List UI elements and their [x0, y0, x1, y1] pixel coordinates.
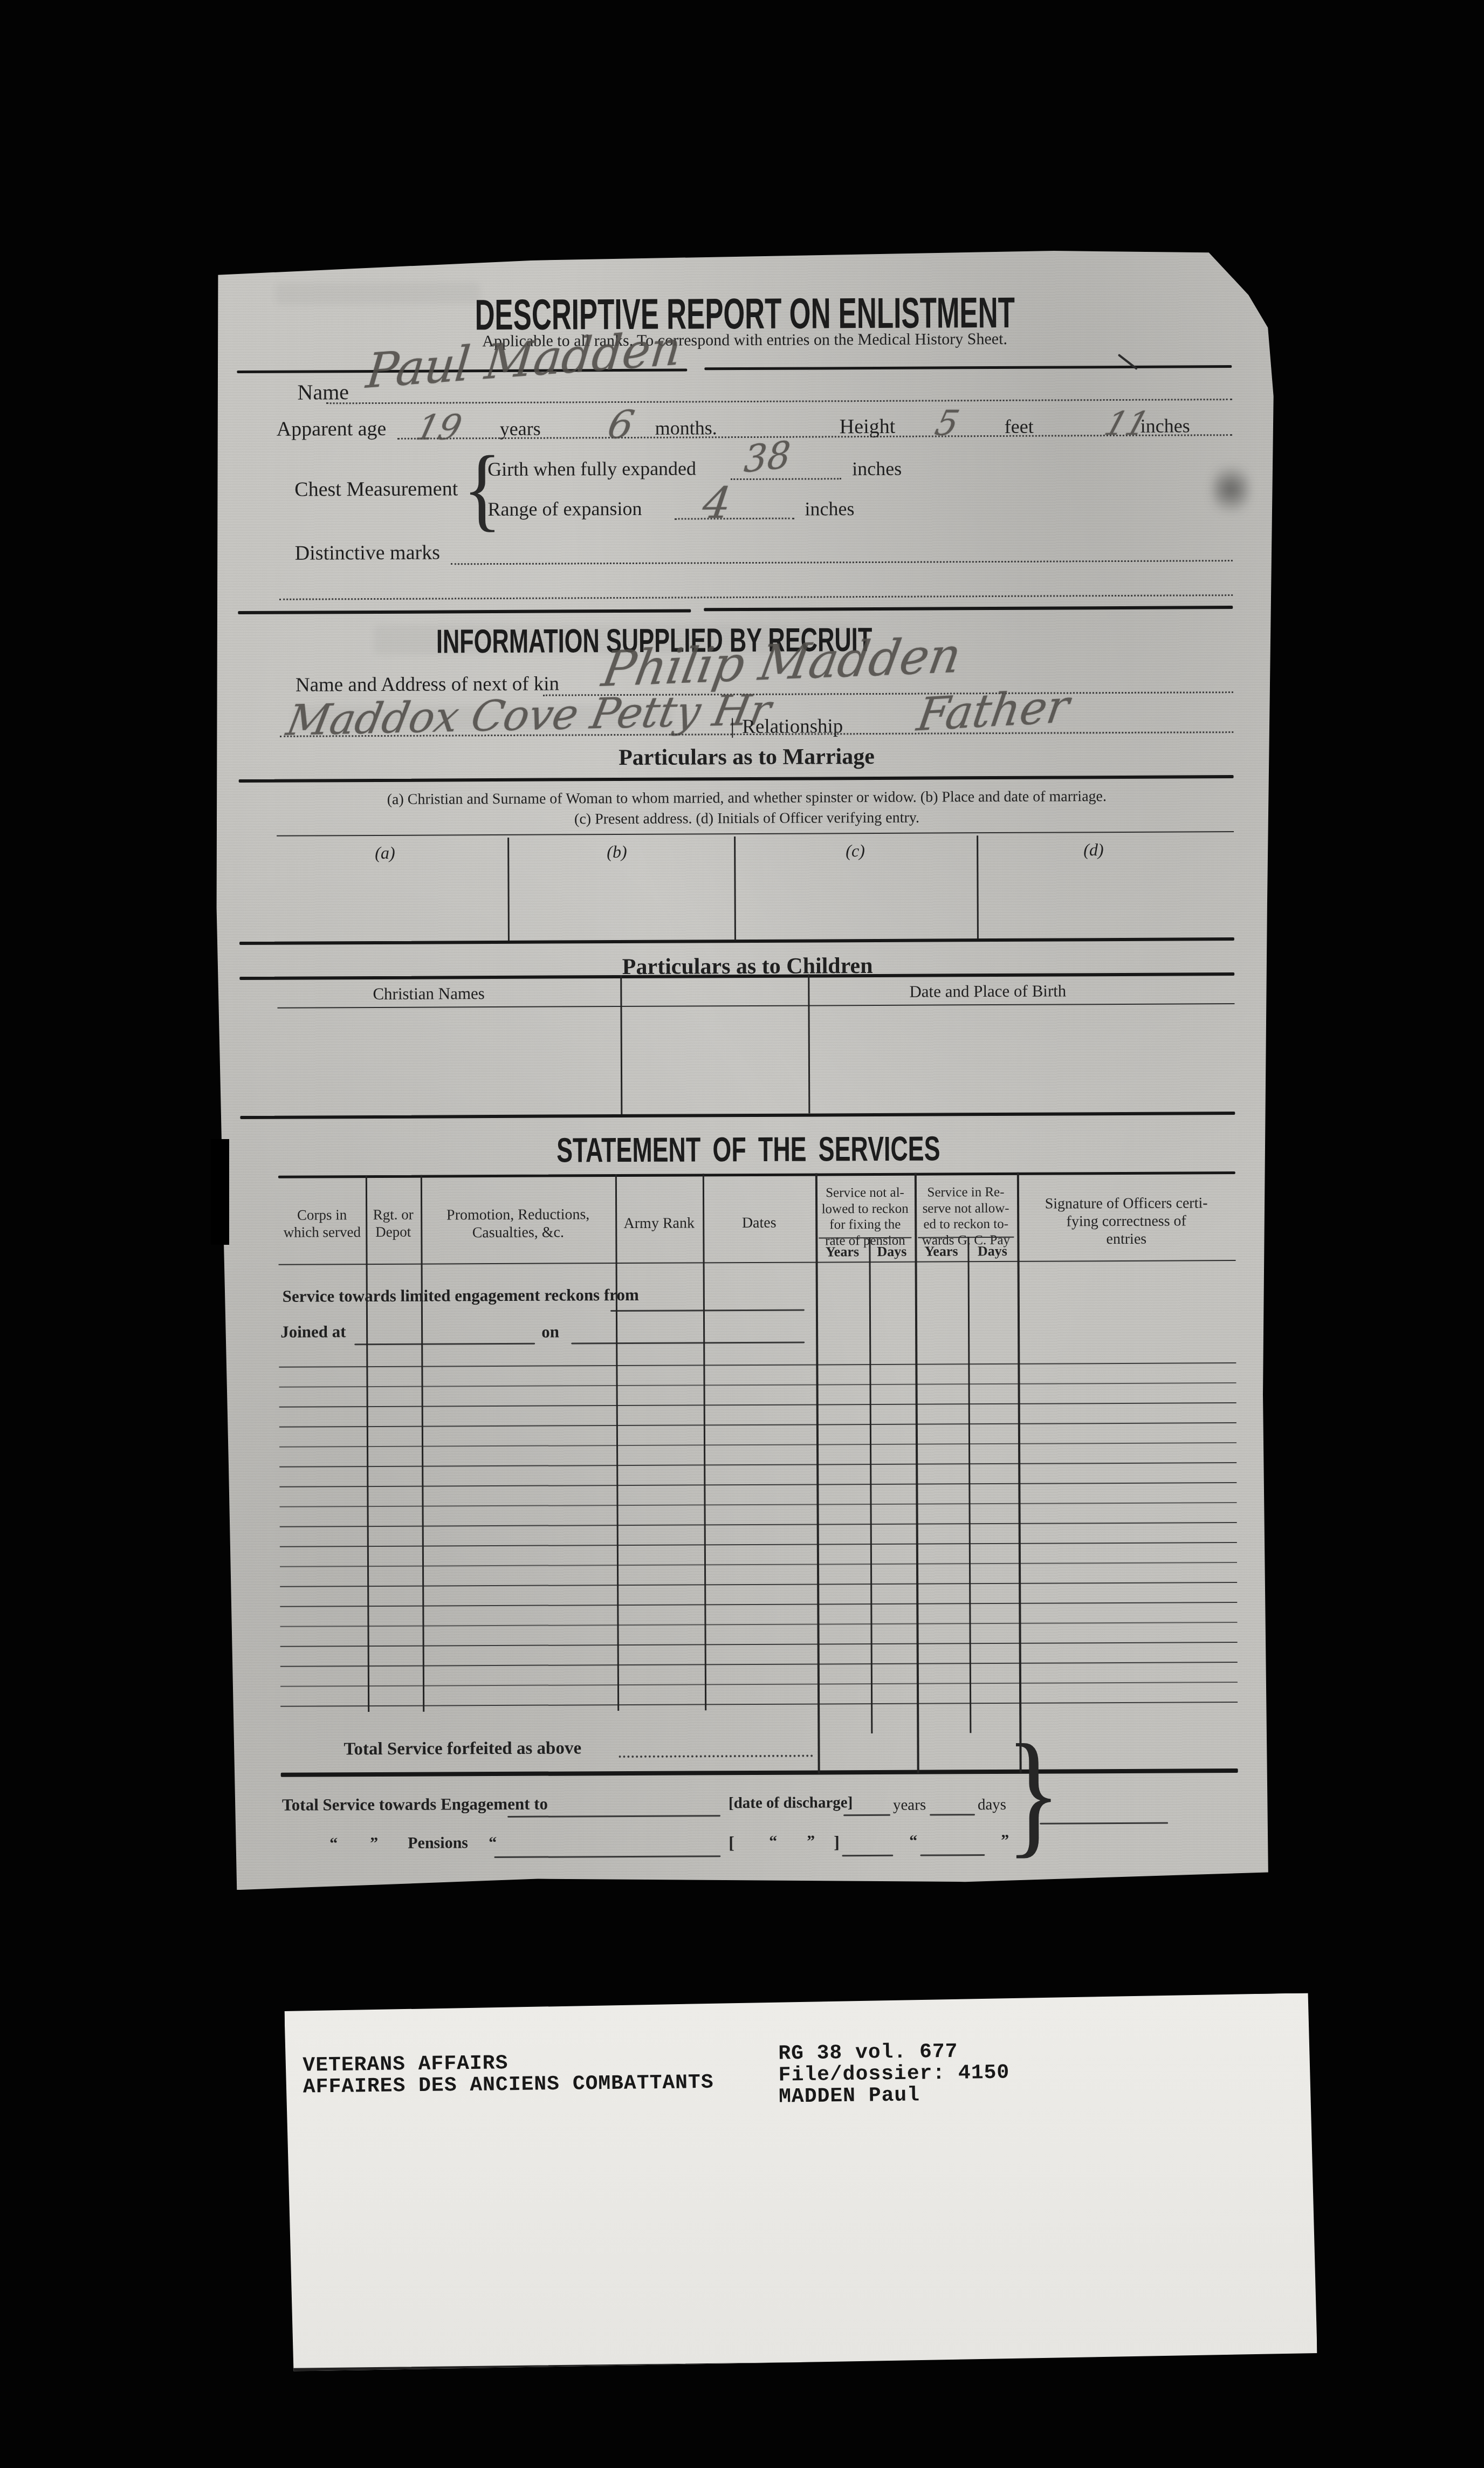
section-divider: [238, 609, 691, 614]
children-bottom-rule: [240, 1112, 1235, 1119]
services-col-reserve: Service in Re- serve not allow- ed to re…: [915, 1184, 1018, 1249]
years-label: years: [500, 417, 541, 440]
services-heading-text: STATEMENT OF THE SERVICES: [556, 1128, 940, 1170]
ink-smudge: [1212, 460, 1249, 519]
closing-brace: }: [1005, 1712, 1062, 1873]
services-col-rank: Army Rank: [615, 1214, 703, 1232]
pensions-quote-5: ”: [1001, 1832, 1009, 1850]
distinctive-marks-label: Distinctive marks: [295, 540, 440, 565]
engagement-fill-line: [507, 1815, 720, 1818]
forfeited-label: Total Service forfeited as above: [343, 1738, 581, 1759]
marriage-bottom-rule: [239, 937, 1234, 945]
engagement-years-label: years: [893, 1797, 926, 1814]
pension-days-label: Days: [869, 1244, 915, 1260]
name-label: Name: [297, 379, 349, 405]
reckons-fill-line: [610, 1310, 805, 1312]
scanned-document-viewer: DESCRIPTIVE REPORT ON ENLISTMENT Applica…: [0, 0, 1484, 2468]
services-subcolumn-divider: [967, 1237, 971, 1733]
height-label: Height: [840, 415, 896, 438]
joined-fill-line-2: [571, 1342, 805, 1345]
apparent-age-label: Apparent age: [277, 417, 387, 441]
marriage-col-a: (a): [375, 843, 395, 863]
joined-at-label: Joined at: [280, 1322, 346, 1342]
expansion-units-label: inches: [805, 497, 854, 520]
children-header-rule: [277, 1003, 1234, 1009]
feet-label: feet: [1005, 415, 1034, 438]
pensions-bracket-close: ]: [834, 1832, 840, 1852]
pensions-ditto-2: ”: [370, 1834, 378, 1853]
joined-on-label: on: [541, 1322, 559, 1342]
marriage-col-d: (d): [1083, 840, 1103, 860]
children-col-birth: Date and Place of Birth: [909, 981, 1066, 1001]
chest-measurement-label: Chest Measurement: [294, 477, 458, 501]
services-subcolumn-divider: [869, 1237, 872, 1733]
pension-years-label: Years: [815, 1244, 869, 1260]
forfeited-leader: [619, 1754, 813, 1758]
paper-edge-notch: [211, 1139, 229, 1245]
children-col-names: Christian Names: [373, 984, 485, 1004]
services-heading: STATEMENT OF THE SERVICES: [214, 1127, 1282, 1173]
children-column-divider: [620, 975, 622, 1114]
reckons-label: Service towards limited engagement recko…: [283, 1285, 639, 1306]
name-line: [326, 399, 1232, 404]
card-agency-fr: AFFAIRES DES ANCIENS COMBATTANTS: [303, 2071, 714, 2099]
archive-reference-card: VETERANS AFFAIRS AFFAIRES DES ANCIENS CO…: [284, 1993, 1317, 2371]
chest-brace: {: [463, 435, 502, 542]
marriage-column-divider: [507, 838, 510, 941]
reserve-days-label: Days: [967, 1243, 1017, 1260]
services-bottom-rule: [281, 1768, 1238, 1777]
divider: [704, 365, 1232, 370]
pensions-quote-4: “: [909, 1832, 917, 1850]
card-ref-file: File/dossier: 4150: [779, 2061, 1010, 2087]
pensions-quote-3: ”: [807, 1832, 815, 1850]
expansion-line: [675, 518, 794, 520]
marriage-header-rule: [277, 831, 1234, 837]
services-column-divider: [366, 1175, 369, 1712]
services-col-rgt: Rgt. or Depot: [366, 1206, 421, 1241]
girth-units-label: inches: [852, 457, 902, 480]
joined-fill-line-1: [354, 1343, 535, 1345]
brace-right-line: [1040, 1822, 1168, 1825]
marks-line: [451, 560, 1233, 565]
months-label: months.: [655, 416, 717, 440]
services-col-pension: Service not al- lowed to reckon for fixi…: [815, 1185, 915, 1249]
engagement-days-label: days: [978, 1796, 1006, 1814]
services-col-promotion: Promotion, Reductions, Casualties, &c.: [421, 1205, 615, 1242]
pensions-quote-1: “: [489, 1834, 497, 1852]
section-divider: [704, 606, 1233, 611]
pensions-quote-2: “: [769, 1833, 777, 1851]
children-column-divider: [808, 974, 810, 1113]
inches-label: inches: [1141, 414, 1190, 437]
expansion-label: Range of expansion: [487, 497, 642, 520]
pensions-fill-line-1: [494, 1855, 720, 1858]
services-col-dates: Dates: [703, 1214, 815, 1232]
girth-handwriting: 38: [743, 434, 792, 482]
card-ref-name: MADDEN Paul: [779, 2083, 920, 2108]
marriage-col-b: (b): [607, 842, 627, 862]
pensions-fill-line-3: [920, 1854, 985, 1856]
marriage-top-rule: [239, 775, 1234, 783]
marks-line-2: [279, 594, 1233, 600]
services-col-signature: Signature of Officers certi- fying corre…: [1017, 1194, 1235, 1249]
years-fill-line: [930, 1814, 975, 1815]
marriage-note-1: (a) Christian and Surname of Woman to wh…: [213, 787, 1281, 810]
age-months-handwriting: 6: [604, 402, 638, 447]
height-feet-handwriting: 5: [931, 403, 963, 443]
pensions-ditto-1: “: [329, 1834, 338, 1853]
services-column-divider: [615, 1174, 619, 1711]
enlistment-form-page: DESCRIPTIVE REPORT ON ENLISTMENT Applica…: [210, 249, 1285, 1890]
pensions-fill-line-2: [842, 1855, 893, 1856]
expansion-handwriting: 4: [700, 478, 734, 528]
engagement-label: Total Service towards Engagement to: [282, 1794, 548, 1815]
marriage-column-divider: [977, 835, 979, 938]
reserve-years-label: Years: [915, 1243, 967, 1260]
discharge-label: [date of discharge]: [729, 1794, 853, 1812]
marriage-col-c: (c): [846, 841, 865, 861]
marriage-note-2: (c) Present address. (d) Initials of Off…: [213, 808, 1281, 830]
marriage-heading: Particulars as to Marriage: [212, 742, 1280, 773]
services-col-corps: Corps in which served: [278, 1206, 366, 1241]
age-years-handwriting: 19: [412, 408, 466, 448]
pensions-label: Pensions: [408, 1834, 468, 1852]
discharge-fill-line: [843, 1814, 890, 1816]
pensions-bracket-open: [: [729, 1833, 734, 1853]
services-column-divider: [703, 1174, 706, 1710]
services-column-divider: [421, 1175, 424, 1712]
girth-label: Girth when fully expanded: [487, 457, 696, 481]
marriage-column-divider: [734, 837, 736, 940]
